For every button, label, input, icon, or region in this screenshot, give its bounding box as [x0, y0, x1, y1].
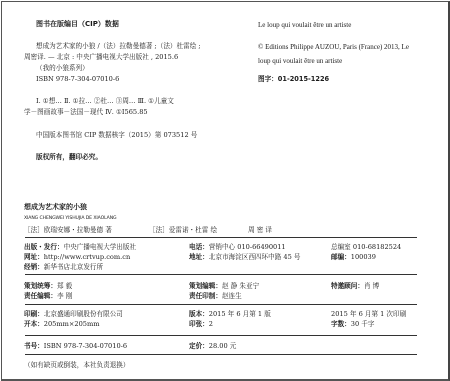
divider [25, 237, 417, 238]
book-number-row: 书号：ISBN 978-7-304-07010-6 [24, 342, 127, 350]
copyright-page: 图书在版编目（CIP）数据 想成为艺术家的小狼 /（法）拉勒曼德著 ;（法）杜雷… [1, 1, 450, 381]
print-run: 2015 年 6 月第 1 次印刷 [331, 310, 406, 318]
planning-row: 策划统筹：郑 毅 [24, 282, 72, 290]
printer-row: 印刷：北京盛通印刷股份有限公司 [24, 310, 123, 318]
cip-class-line1: Ⅰ. ①想… Ⅱ. ①拉… ②杜… ③周… Ⅲ. ①儿童文 [36, 97, 174, 105]
book-illustrator: ［法］爱雷诺・杜雷 绘 [149, 226, 217, 234]
editorial-office: 总编室 010-68182524 [331, 243, 401, 251]
cip-entry-line2: 周密译. — 北京 : 中央广播电视大学出版社 , 2015.6 [24, 53, 178, 61]
distributor-row: 经销：新华书店北京发行所 [24, 263, 103, 271]
original-copyright-line2: loup qui voulait être un artiste [258, 57, 342, 65]
cip-heading: 图书在版编目（CIP）数据 [36, 19, 119, 29]
editor-row: 责任编辑：李 刚 [24, 292, 72, 300]
book-pinyin: XIANG CHENGWEI YISHUJIA DE XIAOLANG [24, 216, 117, 221]
advisor-row: 特邀顾问：肖 博 [331, 282, 379, 290]
address-row: 地址：北京市海淀区西四环中路 45 号 [189, 253, 301, 261]
words-row: 字数：30 千字 [331, 320, 374, 328]
cip-class-line2: 学－图画故事－法国－现代 Ⅳ. ①I565.85 [24, 108, 148, 116]
publisher-row: 出版・发行：中央广播电视大学出版社 [24, 243, 136, 251]
divider [25, 274, 417, 275]
plan-editor-row: 策划编辑：赵 静 朱亚宁 [189, 282, 259, 290]
rights-notice: 版权所有，翻印必究。 [36, 153, 102, 161]
cip-series: （我的小狼系列） [36, 64, 89, 72]
cip-isbn: ISBN 978-7-304-07010-6 [36, 75, 119, 83]
edition-row: 版本：2015 年 6 月第 1 版 [189, 310, 271, 318]
book-translator: 周 密 译 [248, 226, 272, 234]
original-copyright-line1: © Editions Philippe AUZOU, Paris (France… [258, 43, 409, 51]
format-row: 开本：205mm×205mm [24, 320, 100, 328]
book-author: ［法］欧瑞安娜・拉勒曼德 著 [24, 226, 112, 234]
divider [25, 354, 417, 355]
sheets-row: 印张：2 [189, 320, 213, 328]
price-row: 定价：28.00 元 [189, 342, 236, 350]
original-title: Le loup qui voulait être un artiste [258, 21, 351, 29]
print-resp-row: 责任印制：赵连生 [189, 292, 242, 300]
book-title: 想成为艺术家的小狼 [24, 202, 87, 212]
postcode-row: 邮编：100039 [331, 253, 376, 261]
return-note: （如有缺页或倒装，本社负责退换） [24, 361, 130, 369]
contract-number: 图字：01-2015-1226 [258, 75, 329, 83]
cip-number: 中国版本图书馆 CIP 数据核字（2015）第 073512 号 [36, 131, 197, 139]
website-row: 网址：http://www.crtvup.com.cn [24, 253, 130, 261]
divider [25, 335, 417, 336]
cip-entry-line1: 想成为艺术家的小狼 /（法）拉勒曼德著 ;（法）杜雷绘 ; [36, 42, 201, 50]
divider [25, 304, 417, 305]
phone-row: 电话：营销中心 010-66490011 [189, 243, 286, 251]
